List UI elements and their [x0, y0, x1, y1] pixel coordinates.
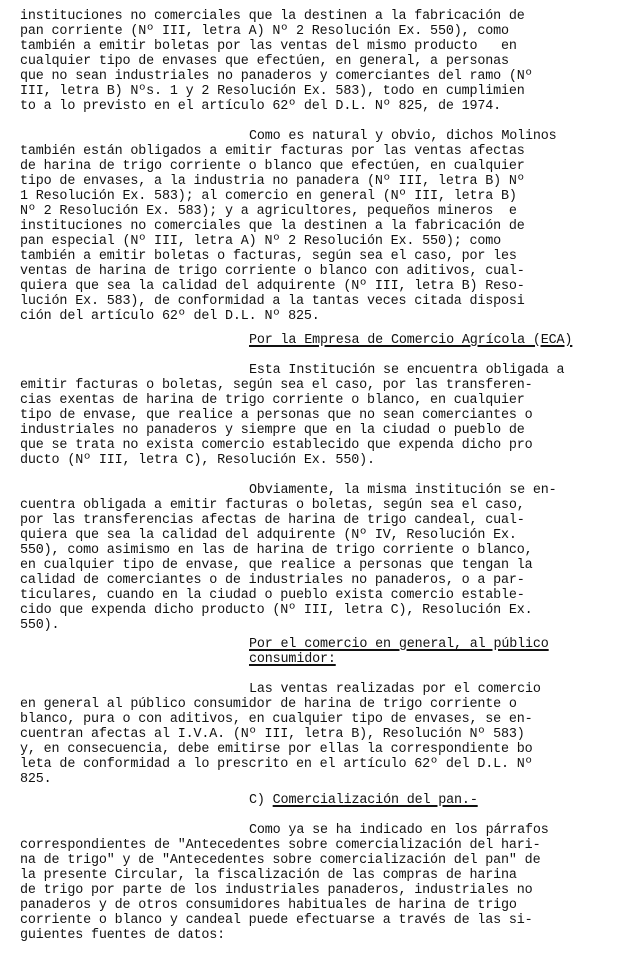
text-line: cuentra obligada a emitir facturas o bol… [20, 498, 525, 513]
paragraph-first-line: Las ventas realizadas por el comercio [249, 682, 541, 697]
text-line: Nº 2 Resolución Ex. 583); y a agricultor… [20, 204, 517, 219]
text-line: cualquier tipo de envases que efectúen, … [20, 54, 509, 69]
text-line: 550). [20, 618, 59, 633]
section-title: Comercialización del pan.- [273, 793, 478, 808]
text-line: III, letra B) Nºs. 1 y 2 Resolución Ex. … [20, 84, 525, 99]
text-line: también están obligados a emitir factura… [20, 144, 525, 159]
text-line: ventas de harina de trigo corriente o bl… [20, 264, 525, 279]
paragraph-first-line: Como es natural y obvio, dichos Molinos [249, 129, 557, 144]
text-line: lución Ex. 583), de conformidad a la tan… [20, 294, 525, 309]
text-line: que se trata no exista comercio establec… [20, 438, 533, 453]
text-line: también a emitir boletas por las ventas … [20, 39, 517, 54]
text-line: ducto (Nº III, letra C), Resolución Ex. … [20, 453, 375, 468]
text-line: instituciones no comerciales que la dest… [20, 9, 525, 24]
text-line: industriales no panaderos y siempre que … [20, 423, 525, 438]
text-line: que no sean industriales no panaderos y … [20, 69, 533, 84]
text-line: 550), como asimismo en las de harina de … [20, 543, 533, 558]
text-line: cido que expenda dicho producto (Nº III,… [20, 603, 533, 618]
text-line: cuentran afectas al I.V.A. (Nº III, letr… [20, 727, 525, 742]
text-line: ción del artículo 62º del D.L. Nº 825. [20, 309, 320, 324]
text-line: blanco, pura o con aditivos, en cualquie… [20, 712, 533, 727]
text-line: en cualquier tipo de envase, que realice… [20, 558, 533, 573]
paragraph-first-line: Como ya se ha indicado en los párrafos [249, 823, 549, 838]
section-heading-eca: Por la Empresa de Comercio Agrícola (ECA… [249, 333, 572, 348]
text-line: tipo de envase, que realice a personas q… [20, 408, 533, 423]
text-line: y, en consecuencia, debe emitirse por el… [20, 742, 533, 757]
text-line: pan corriente (Nº III, letra A) Nº 2 Res… [20, 24, 509, 39]
text-line: emitir facturas o boletas, según sea el … [20, 378, 533, 393]
text-line: también a emitir boletas o facturas, seg… [20, 249, 517, 264]
text-line: de harina de trigo corriente o blanco qu… [20, 159, 525, 174]
text-line: panaderos y de otros consumidores habitu… [20, 898, 517, 913]
text-line: de trigo por parte de los industriales p… [20, 883, 533, 898]
text-line: instituciones no comerciales que la dest… [20, 219, 525, 234]
document-page: instituciones no comerciales que la dest… [0, 0, 630, 962]
text-line: pan especial (Nº III, letra A) Nº 2 Reso… [20, 234, 501, 249]
paragraph-first-line: Obviamente, la misma institución se en- [249, 483, 557, 498]
section-heading-comercio: consumidor: [249, 652, 336, 667]
text-line: correspondientes de "Antecedentes sobre … [20, 838, 540, 853]
text-line: quiera que sea la calidad del adquirente… [20, 528, 517, 543]
text-line: corriente o blanco y candeal puede efect… [20, 913, 533, 928]
text-line: 1 Resolución Ex. 583); al comercio en ge… [20, 189, 517, 204]
text-line: ticulares, cuando en la ciudad o pueblo … [20, 588, 525, 603]
text-line: guientes fuentes de datos: [20, 928, 225, 943]
text-line: la presente Circular, la fiscalización d… [20, 868, 517, 883]
section-heading-c: C) Comercialización del pan.- [249, 793, 478, 808]
text-line: to a lo previsto en el artículo 62º del … [20, 99, 501, 114]
text-line: na de trigo" y de "Antecedentes sobre co… [20, 853, 540, 868]
text-line: por las transferencias afectas de harina… [20, 513, 525, 528]
text-line: leta de conformidad a lo prescrito en el… [20, 757, 533, 772]
section-prefix: C) [249, 793, 273, 808]
text-line: tipo de envases, a la industria no panad… [20, 174, 525, 189]
text-line: calidad de comerciantes o de industriale… [20, 573, 525, 588]
text-line: cias exentas de harina de trigo corrient… [20, 393, 525, 408]
text-line: en general al público consumidor de hari… [20, 697, 517, 712]
section-heading-comercio: Por el comercio en general, al público [249, 637, 549, 652]
paragraph-first-line: Esta Institución se encuentra obligada a [249, 363, 564, 378]
text-line: quiera que sea la calidad del adquirente… [20, 279, 525, 294]
text-line: 825. [20, 772, 52, 787]
